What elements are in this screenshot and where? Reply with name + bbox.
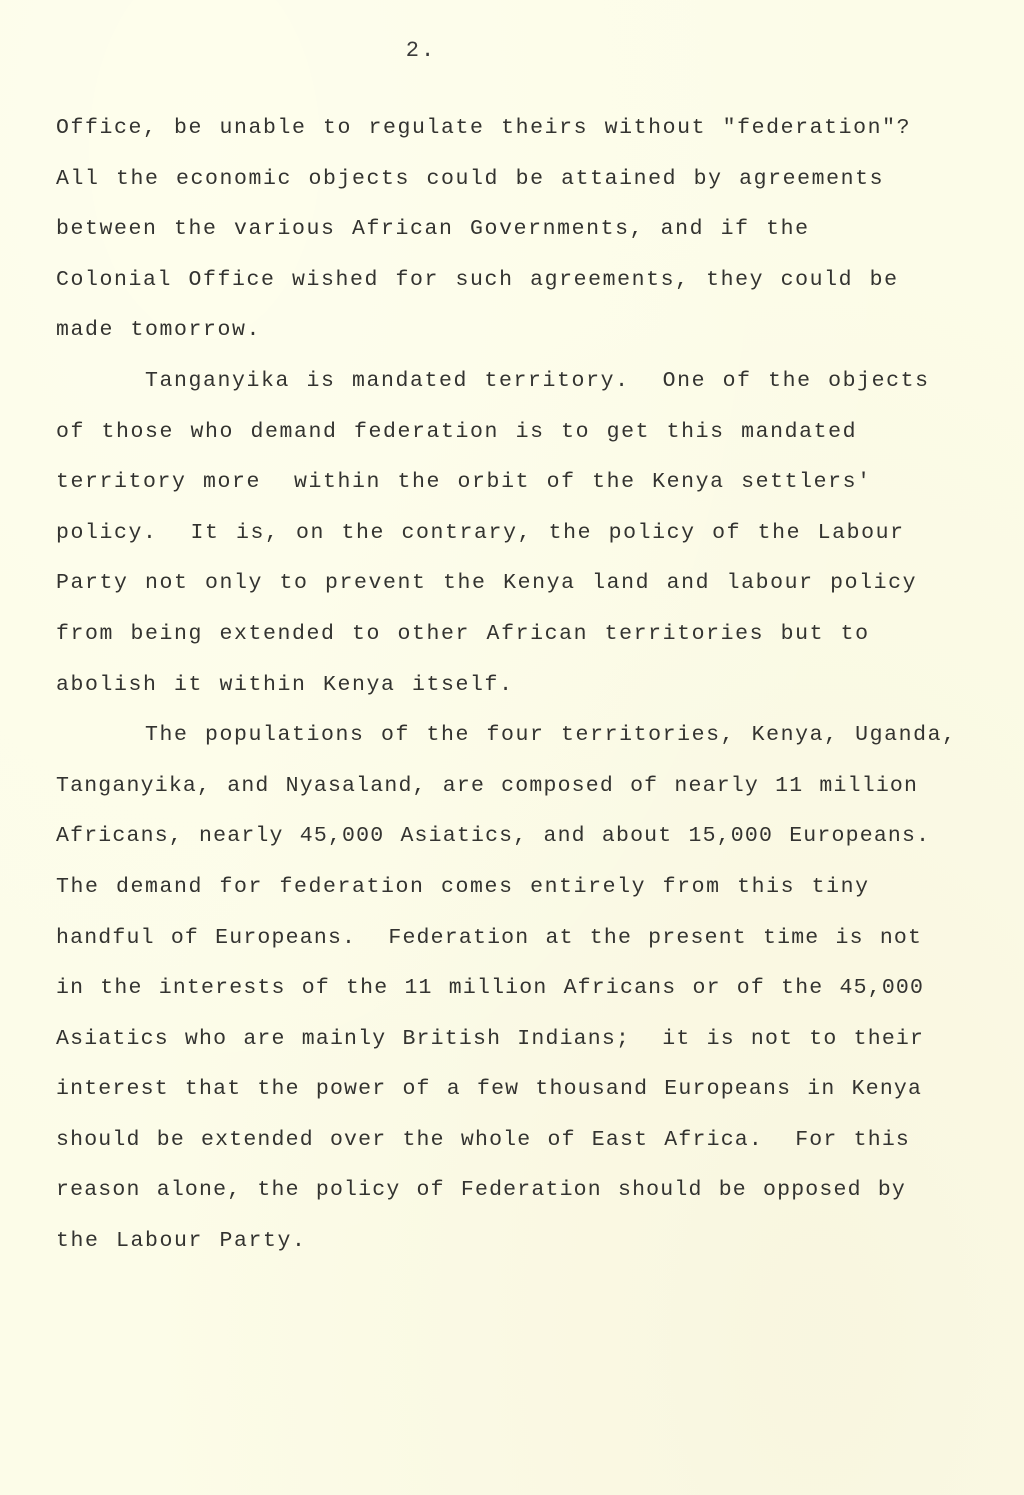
text-line: handful of Europeans. Federation at the … (56, 922, 996, 973)
paragraph-first-line: The populations of the four territories,… (56, 719, 996, 770)
text-line: made tomorrow. (56, 314, 996, 365)
text-line: interest that the power of a few thousan… (56, 1073, 996, 1124)
document-page: 2. Office, be unable to regulate theirs … (0, 0, 1024, 1495)
text-line: the Labour Party. (56, 1225, 996, 1276)
text-line: policy. It is, on the contrary, the poli… (56, 517, 996, 568)
text-line: territory more within the orbit of the K… (56, 466, 996, 517)
text-line: in the interests of the 11 million Afric… (56, 972, 996, 1023)
text-line: Office, be unable to regulate theirs wit… (56, 112, 996, 163)
text-line: abolish it within Kenya itself. (56, 669, 996, 720)
text-line: Africans, nearly 45,000 Asiatics, and ab… (56, 820, 996, 871)
text-line: Colonial Office wished for such agreemen… (56, 264, 996, 315)
text-line: The demand for federation comes entirely… (56, 871, 996, 922)
document-body: Office, be unable to regulate theirs wit… (56, 112, 996, 1276)
text-line: Tanganyika, and Nyasaland, are composed … (56, 770, 996, 821)
page-number: 2. (0, 38, 842, 63)
text-line: should be extended over the whole of Eas… (56, 1124, 996, 1175)
paragraph-first-line: Tanganyika is mandated territory. One of… (56, 365, 996, 416)
text-line: of those who demand federation is to get… (56, 416, 996, 467)
text-line: Party not only to prevent the Kenya land… (56, 567, 996, 618)
text-line: from being extended to other African ter… (56, 618, 996, 669)
text-line: reason alone, the policy of Federation s… (56, 1174, 996, 1225)
text-line: All the economic objects could be attain… (56, 163, 996, 214)
text-line: between the various African Governments,… (56, 213, 996, 264)
text-line: Asiatics who are mainly British Indians;… (56, 1023, 996, 1074)
